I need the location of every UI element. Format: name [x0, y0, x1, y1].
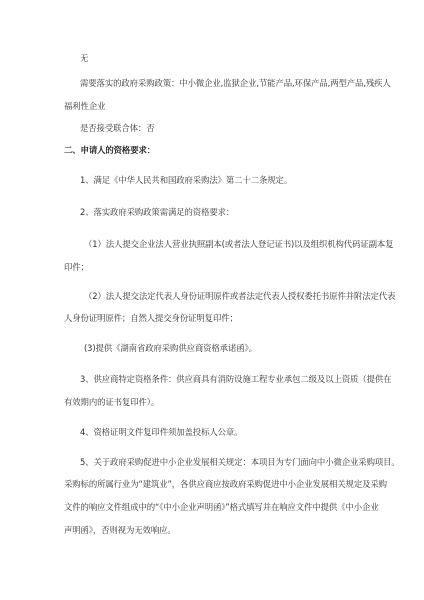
requirement-4: 4、资格证明文件复印件须加盖投标人公章。 — [80, 427, 380, 438]
document-page: 无 需要落实的政府采购政策：中小微企业,监狱企业,节能产品,环保产品,两型产品,… — [0, 0, 424, 600]
text-none: 无 — [80, 53, 380, 64]
requirement-5-cont-1: 采购标的所属行业为“建筑业”，各供应商应按政府采购促进中小企业发展相关规定及采购 — [64, 479, 364, 490]
requirement-1: 1、满足《中华人民共和国政府采购法》第二十二条规定。 — [80, 175, 380, 186]
text-consortium: 是否接受联合体：否 — [80, 123, 380, 134]
requirement-3: 3、供应商特定资格条件：供应商具有消防设施工程专业承包二级及以上资质（提供在 — [80, 374, 380, 385]
requirement-5: 5、关于政府采购促进中小企业发展相关规定：本项目为专门面向中小微企业采购项目。 — [80, 457, 380, 468]
section-heading-qualifications: 二、申请人的资格要求： — [64, 145, 364, 156]
requirement-5-cont-2: 文件的响应文件组成中的“《中小企业声明函》”格式填写并在响应文件中提供《中小企业 — [64, 502, 364, 513]
requirement-2: 2、落实政府采购政策需满足的资格要求： — [80, 207, 380, 218]
text-procurement-policy-cont: 福利性企业 — [64, 101, 364, 112]
requirement-2-1: （1）法人提交企业法人营业执照副本(或者法人登记证书)以及组织机构代码证副本复 — [84, 239, 384, 250]
requirement-2-3: (3)提供《湖南省政府采购供应商资格承诺函》。 — [84, 343, 384, 354]
requirement-2-2: （2）法人提交法定代表人身份证明原件或者法定代表人授权委托书原件并附法定代表 — [84, 291, 384, 302]
requirement-3-cont: 有效期内的证书复印件）。 — [64, 397, 364, 408]
requirement-2-1-cont: 印件； — [64, 262, 364, 273]
requirement-5-cont-3: 声明函》，否则视为无效响应。 — [64, 525, 364, 536]
text-procurement-policy: 需要落实的政府采购政策：中小微企业,监狱企业,节能产品,环保产品,两型产品,残疾… — [80, 78, 380, 89]
requirement-2-2-cont: 人身份证明原件；自然人提交身份证明复印件； — [64, 313, 364, 324]
